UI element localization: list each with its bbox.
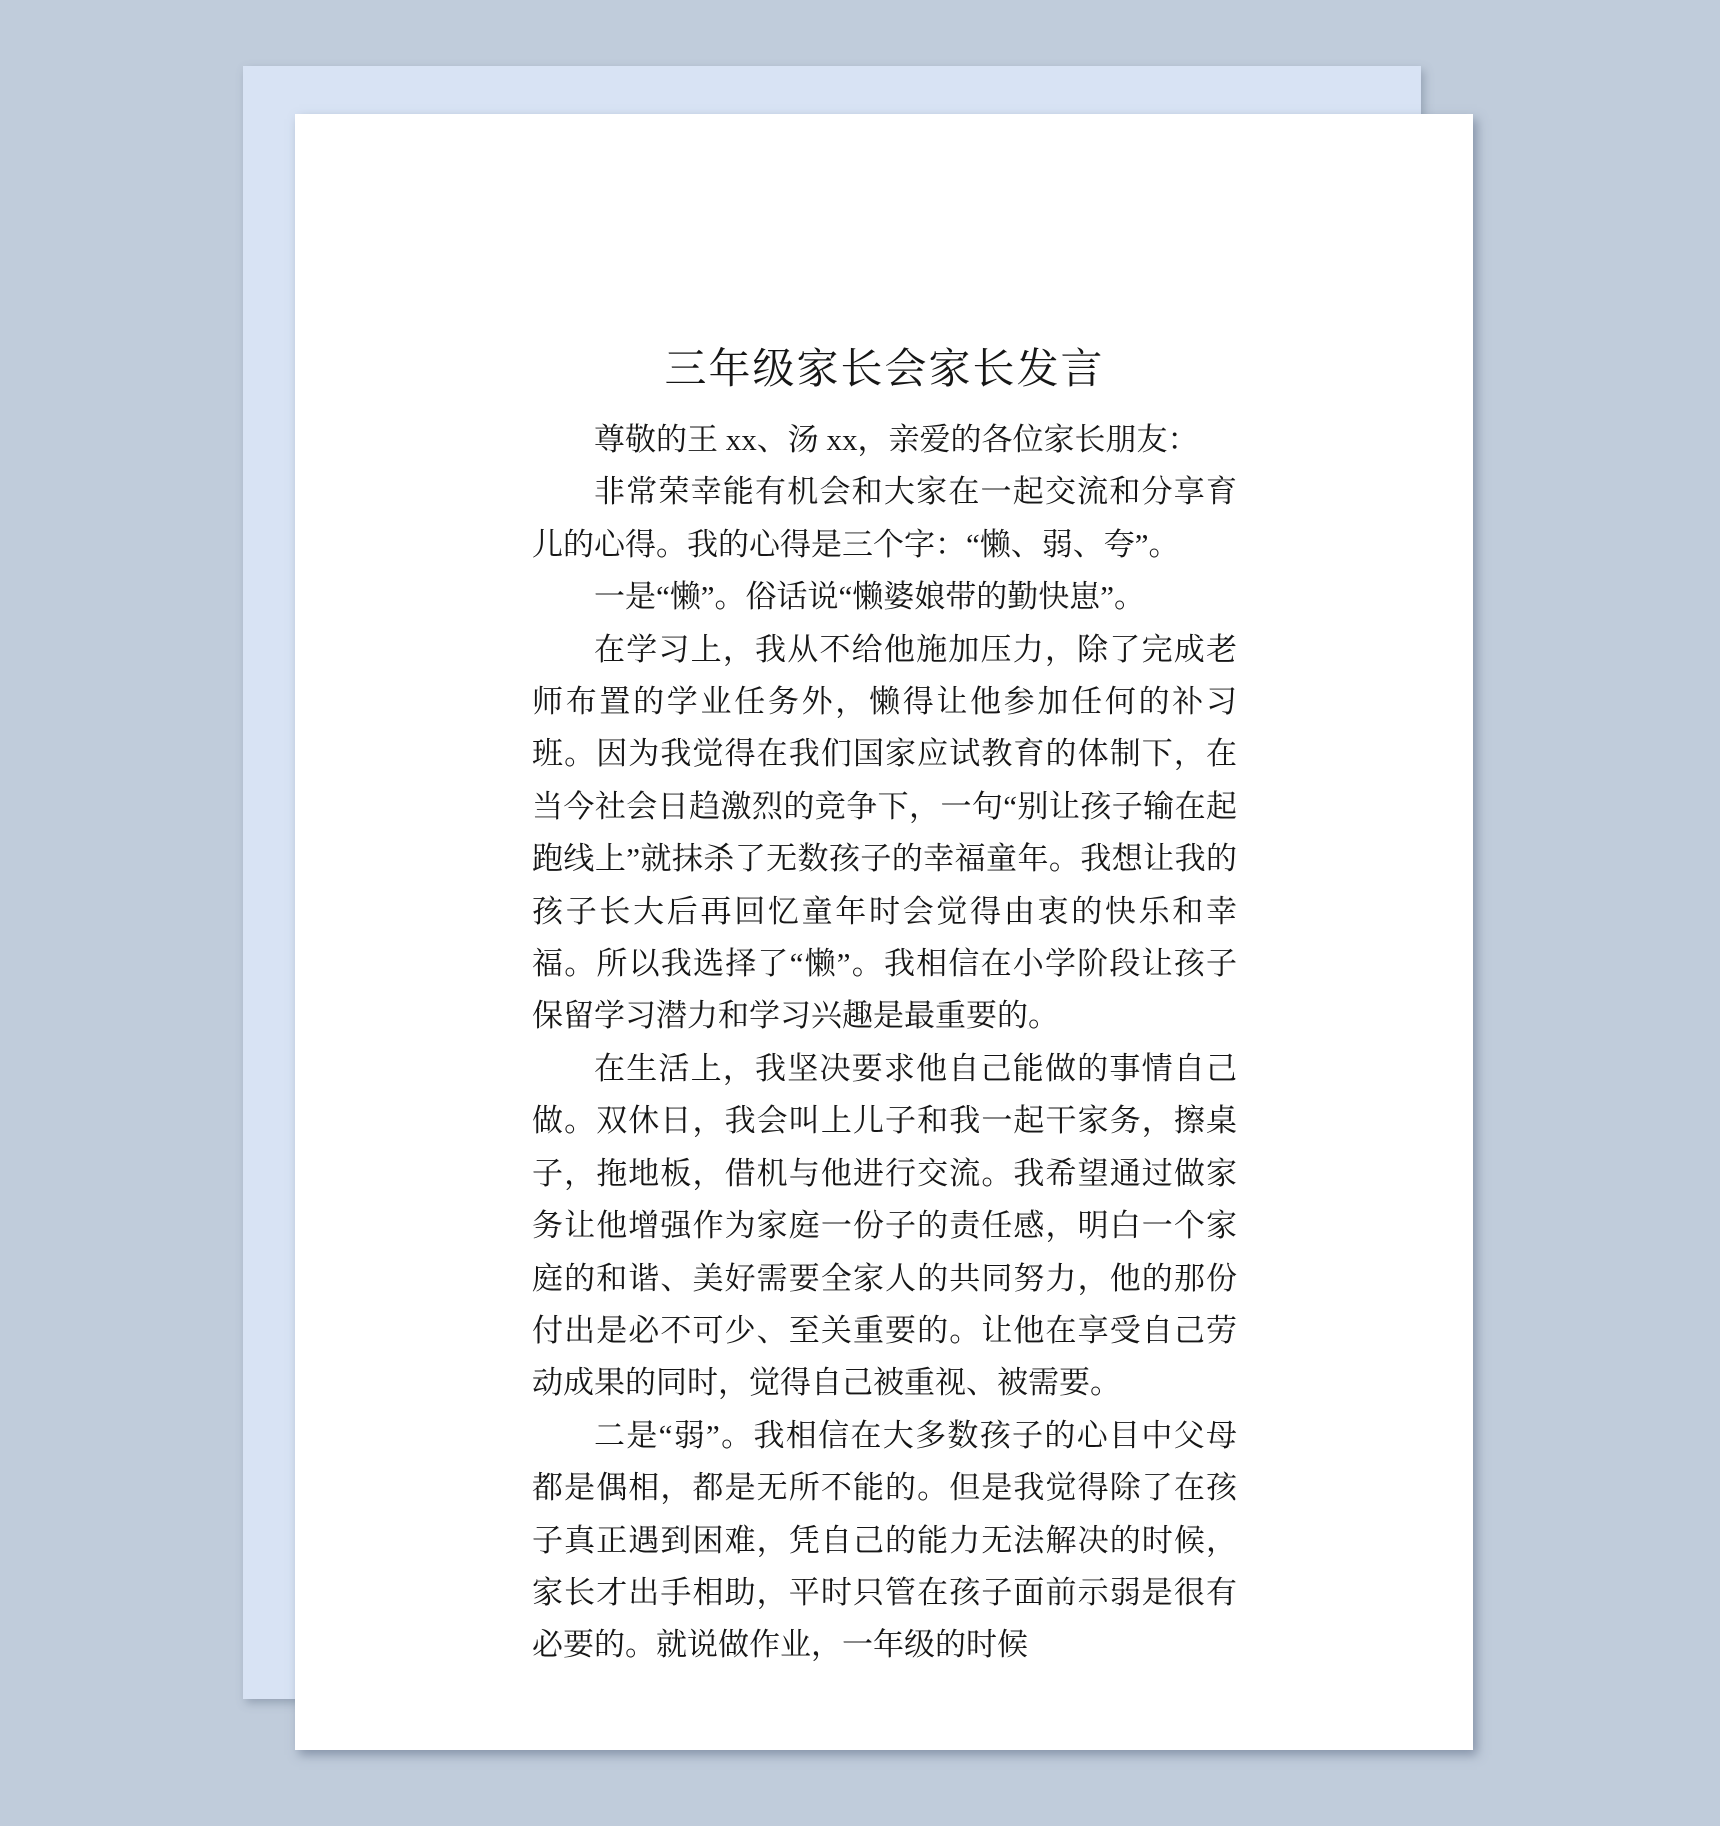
- paragraph-point-weak: 二是“弱”。我相信在大多数孩子的心目中父母都是偶相，都是无所不能的。但是我觉得除…: [532, 1410, 1237, 1672]
- document-title: 三年级家长会家长发言: [532, 349, 1237, 391]
- paragraph-intro: 非常荣幸能有机会和大家在一起交流和分享育儿的心得。我的心得是三个字：“懒、弱、夸…: [532, 466, 1237, 571]
- document-body: 尊敬的王 xx、汤 xx，亲爱的各位家长朋友： 非常荣幸能有机会和大家在一起交流…: [532, 414, 1237, 1672]
- paragraph-life: 在生活上，我坚决要求他自己能做的事情自己做。双休日，我会叫上儿子和我一起干家务，…: [532, 1043, 1237, 1410]
- paragraph-study: 在学习上，我从不给他施加压力，除了完成老师布置的学业任务外，懒得让他参加任何的补…: [532, 624, 1237, 1043]
- paragraph-salutation: 尊敬的王 xx、汤 xx，亲爱的各位家长朋友：: [532, 414, 1237, 466]
- paragraph-point-lazy-heading: 一是“懒”。俗话说“懒婆娘带的勤快崽”。: [532, 571, 1237, 623]
- document-content: 三年级家长会家长发言 尊敬的王 xx、汤 xx，亲爱的各位家长朋友： 非常荣幸能…: [532, 114, 1237, 1672]
- desktop-background: 三年级家长会家长发言 尊敬的王 xx、汤 xx，亲爱的各位家长朋友： 非常荣幸能…: [0, 0, 1720, 1826]
- document-page: 三年级家长会家长发言 尊敬的王 xx、汤 xx，亲爱的各位家长朋友： 非常荣幸能…: [295, 114, 1473, 1750]
